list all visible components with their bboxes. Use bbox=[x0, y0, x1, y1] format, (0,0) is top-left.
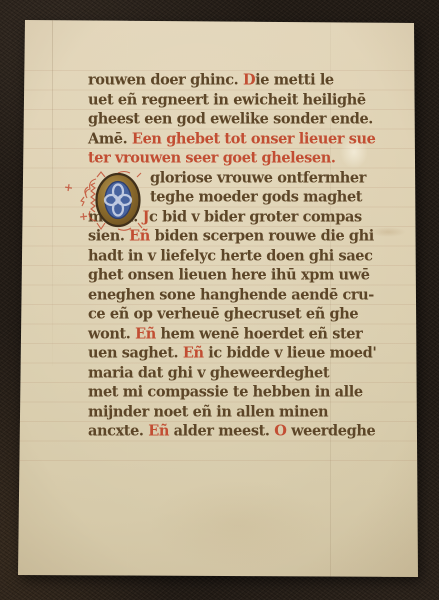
text-segment: ancxte. bbox=[88, 422, 148, 440]
text-line: maria dat ghi v gheweerdeghet bbox=[88, 363, 392, 383]
manuscript-leaf: rouwen doer ghinc. Die metti leuet eñ re… bbox=[18, 19, 418, 579]
margin-cross-icon: + bbox=[78, 210, 89, 224]
text-line: uen saghet. Eñ ic bidde v lieue moed' bbox=[88, 343, 392, 363]
text-line: ancxte. Eñ alder meest. O weerdeghe bbox=[88, 421, 392, 441]
text-segment: mijnder noet eñ in allen minen bbox=[88, 403, 328, 421]
text-segment: maria dat ghi v gheweerdeghet bbox=[88, 364, 329, 382]
parchment-speck bbox=[108, 592, 111, 595]
text-segment: alder meest. bbox=[169, 422, 274, 440]
text-segment: gheest een god ewelike sonder ende. bbox=[88, 110, 373, 128]
text-segment: gloriose vrouwe ontfermher bbox=[150, 169, 366, 187]
text-line: wont. Eñ hem wenē hoerdet eñ ster bbox=[88, 324, 392, 344]
text-segment: uen saghet. bbox=[88, 344, 183, 362]
parchment-speck bbox=[80, 587, 84, 590]
text-line: uet eñ regneert in ewicheit heilighē bbox=[88, 90, 392, 110]
text-line: Amē. Een ghebet tot onser lieuer sue bbox=[88, 129, 392, 149]
leaf-shadow-wrap: rouwen doer ghinc. Die metti leuet eñ re… bbox=[0, 0, 439, 600]
text-segment: Eñ bbox=[148, 422, 169, 440]
text-line: hadt in v liefelyc herte doen ghi saec bbox=[88, 246, 392, 266]
text-segment: biden scerpen rouwe die ghi bbox=[150, 227, 374, 245]
text-segment: D bbox=[243, 71, 255, 89]
text-segment: eneghen sone hanghende aendē cru- bbox=[88, 286, 374, 304]
text-segment: ter vrouwen seer goet ghelesen. bbox=[88, 149, 336, 167]
text-segment: ce eñ op verheuē ghecruset eñ ghe bbox=[88, 305, 358, 323]
text-segment: ghet onsen lieuen here ihū xpm uwē bbox=[88, 266, 370, 284]
text-line: ce eñ op verheuē ghecruset eñ ghe bbox=[88, 304, 392, 324]
text-segment: ie metti le bbox=[255, 71, 334, 89]
text-segment: weerdeghe bbox=[286, 422, 375, 440]
text-segment: Eñ bbox=[183, 344, 204, 362]
text-segment: rouwen doer ghinc. bbox=[88, 71, 243, 89]
text-block: rouwen doer ghinc. Die metti leuet eñ re… bbox=[88, 70, 392, 441]
text-line: mijnder noet eñ in allen minen bbox=[88, 402, 392, 422]
text-segment: teghe moeder gods maghet bbox=[150, 188, 362, 206]
text-segment: c bid v bider groter compas bbox=[149, 208, 362, 226]
text-segment: ic bidde v lieue moed' bbox=[204, 344, 377, 362]
text-line: eneghen sone hanghende aendē cru- bbox=[88, 285, 392, 305]
illuminated-initial-O bbox=[74, 169, 148, 233]
text-segment: O bbox=[274, 422, 286, 440]
parchment-stain bbox=[148, 479, 328, 569]
margin-cross-icon: + bbox=[63, 180, 74, 194]
initial-letter-artwork bbox=[74, 169, 148, 233]
text-line: gheest een god ewelike sonder ende. bbox=[88, 109, 392, 129]
text-segment: Eñ bbox=[135, 325, 156, 343]
text-segment: wont. bbox=[88, 325, 135, 343]
text-line: ter vrouwen seer goet ghelesen. bbox=[88, 148, 392, 168]
text-line: rouwen doer ghinc. Die metti le bbox=[88, 70, 392, 90]
text-segment: Amē. bbox=[88, 130, 132, 148]
photo-background: rouwen doer ghinc. Die metti leuet eñ re… bbox=[0, 0, 439, 600]
text-segment: hem wenē hoerdet eñ ster bbox=[156, 325, 362, 343]
text-segment: hadt in v liefelyc herte doen ghi saec bbox=[88, 247, 373, 265]
text-segment: Een ghebet tot onser lieuer sue bbox=[132, 130, 376, 148]
text-segment: met mi compassie te hebben in alle bbox=[88, 383, 363, 401]
text-segment: uet eñ regneert in ewicheit heilighē bbox=[88, 91, 366, 109]
text-line: ghet onsen lieuen here ihū xpm uwē bbox=[88, 265, 392, 285]
text-line: met mi compassie te hebben in alle bbox=[88, 382, 392, 402]
